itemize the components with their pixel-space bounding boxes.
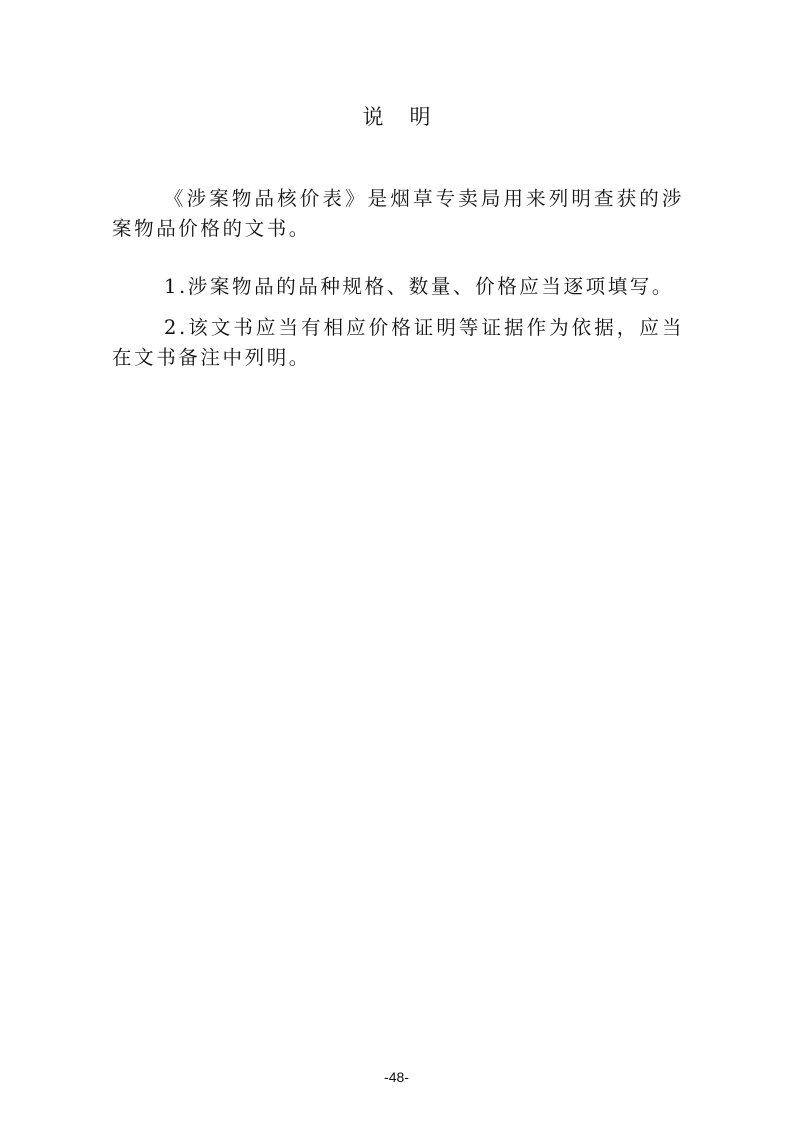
instruction-item-2-block: 2.该文书应当有相应价格证明等证据作为依据，应当在文书备注中列明。 <box>112 313 684 373</box>
intro-paragraph-block: 《涉案物品核价表》是烟草专卖局用来列明查获的涉案物品价格的文书。 <box>112 184 684 244</box>
instruction-item-2: 2.该文书应当有相应价格证明等证据作为依据，应当在文书备注中列明。 <box>112 313 684 373</box>
instruction-item-1-block: 1.涉案物品的品种规格、数量、价格应当逐项填写。 <box>112 272 684 302</box>
page-number: -48- <box>0 1067 793 1087</box>
page-title-char-2: 明 <box>410 105 431 129</box>
instruction-item-1: 1.涉案物品的品种规格、数量、价格应当逐项填写。 <box>112 272 684 302</box>
page-title-char-1: 说 <box>363 105 384 129</box>
intro-paragraph: 《涉案物品核价表》是烟草专卖局用来列明查获的涉案物品价格的文书。 <box>112 184 684 244</box>
page-title: 说明 <box>0 102 793 132</box>
